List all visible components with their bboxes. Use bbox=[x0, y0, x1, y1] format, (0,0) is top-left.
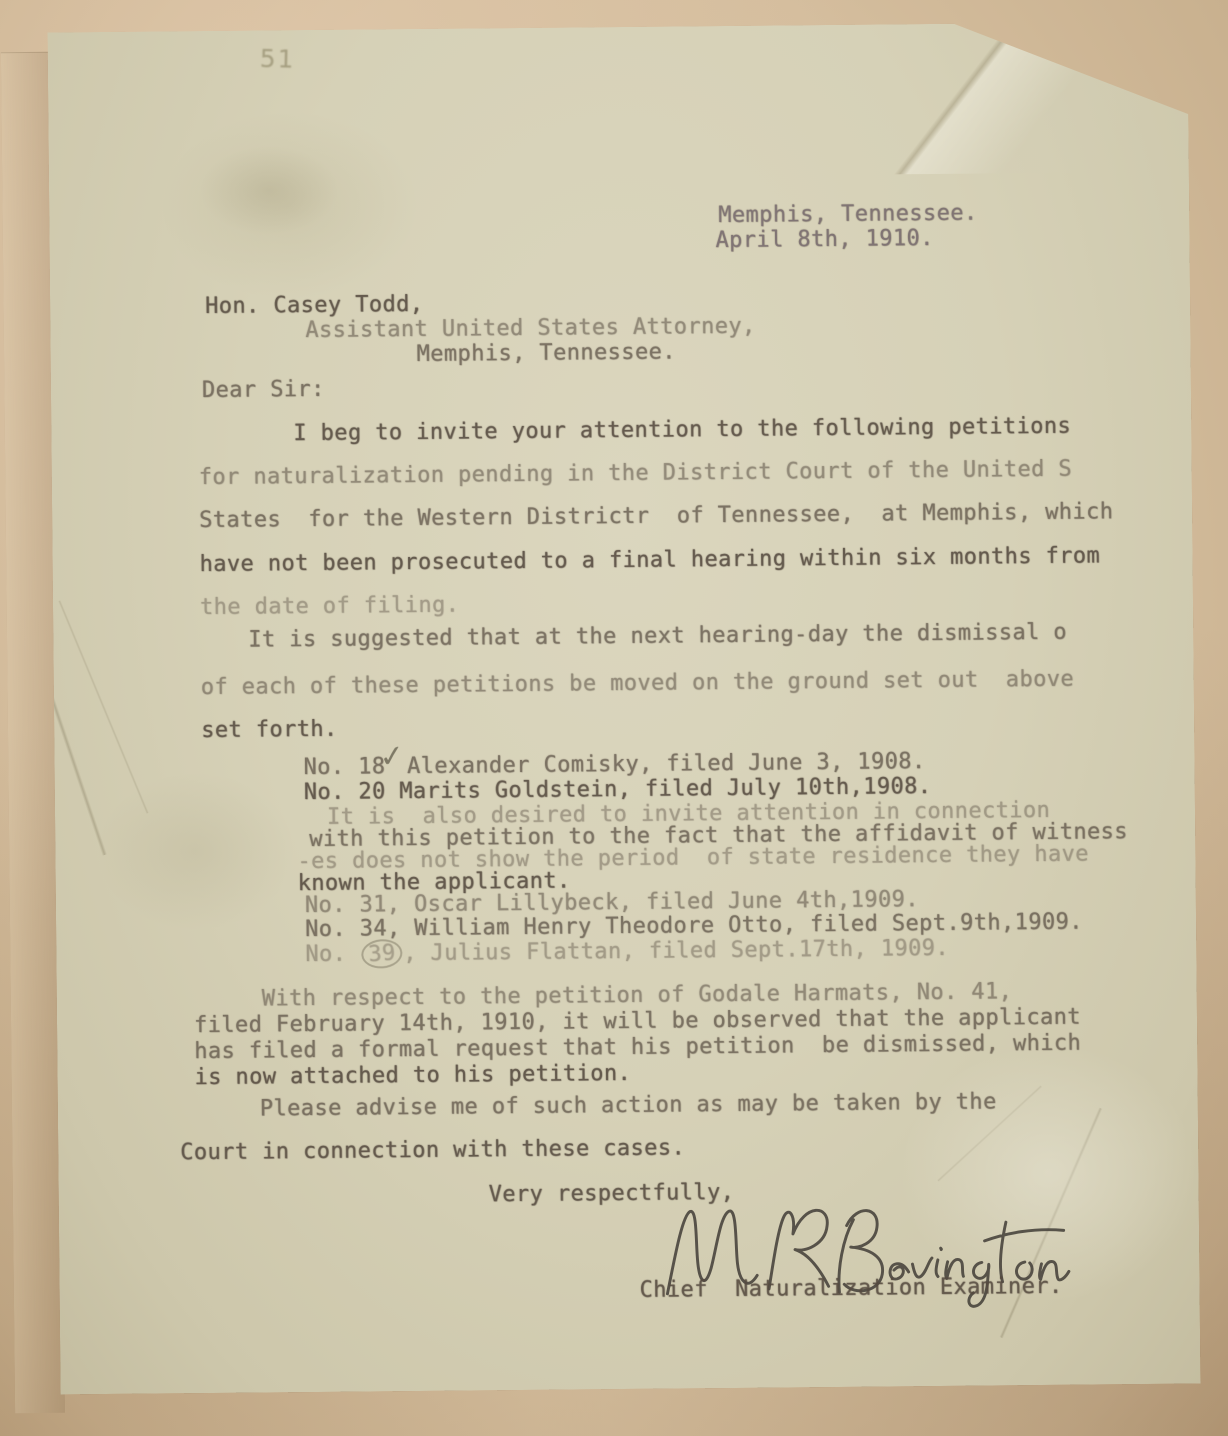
letter-page: 51 Memphis, Tennessee. April 8th, 1910. … bbox=[47, 22, 1200, 1395]
petition-number: No. bbox=[305, 942, 360, 968]
petition-number: No. 18 bbox=[303, 754, 385, 780]
stain bbox=[158, 109, 420, 301]
crease-line bbox=[58, 600, 149, 814]
body-line: set forth. bbox=[201, 717, 338, 743]
document-scan: 51 Memphis, Tennessee. April 8th, 1910. … bbox=[0, 0, 1228, 1436]
stain bbox=[95, 770, 297, 932]
body-line: for naturalization pending in the Distri… bbox=[199, 457, 1072, 490]
stain bbox=[199, 145, 340, 236]
body-line: States for the Western Districtr of Tenn… bbox=[199, 499, 1113, 533]
body-line: of each of these petitions be moved on t… bbox=[201, 667, 1074, 700]
signature-title: Chief Naturalization Examiner. bbox=[639, 1274, 1062, 1303]
body-line: is now attached to his petition. bbox=[194, 1061, 631, 1090]
salutation: Dear Sir: bbox=[202, 377, 325, 403]
folded-corner bbox=[857, 22, 1188, 175]
body-line: I beg to invite your attention to the fo… bbox=[293, 414, 1071, 446]
recipient-city: Memphis, Tennessee. bbox=[416, 339, 675, 366]
pen-circle-annotation: 39 bbox=[360, 938, 403, 970]
body-line: the date of filing. bbox=[200, 593, 459, 620]
petition-item: No. 39, Julius Flattan, filed Sept.17th,… bbox=[305, 934, 949, 969]
pencil-page-number: 51 bbox=[259, 44, 296, 74]
recipient-title: Assistant United States Attorney, bbox=[305, 314, 756, 343]
check-icon: ✓ bbox=[379, 758, 387, 759]
dateline-city: Memphis, Tennessee. bbox=[718, 201, 977, 228]
recipient-name: Hon. Casey Todd, bbox=[205, 292, 424, 319]
dateline-date: April 8th, 1910. bbox=[715, 226, 934, 253]
body-line: It is suggested that at the next hearing… bbox=[248, 620, 1067, 653]
body-line: Court in connection with these cases. bbox=[180, 1135, 685, 1165]
body-line: have not been prosecuted to a final hear… bbox=[199, 543, 1100, 577]
body-line: Please advise me of such action as may b… bbox=[260, 1089, 997, 1121]
petition-detail: , Julius Flattan, filed Sept.17th, 1909. bbox=[403, 936, 949, 966]
